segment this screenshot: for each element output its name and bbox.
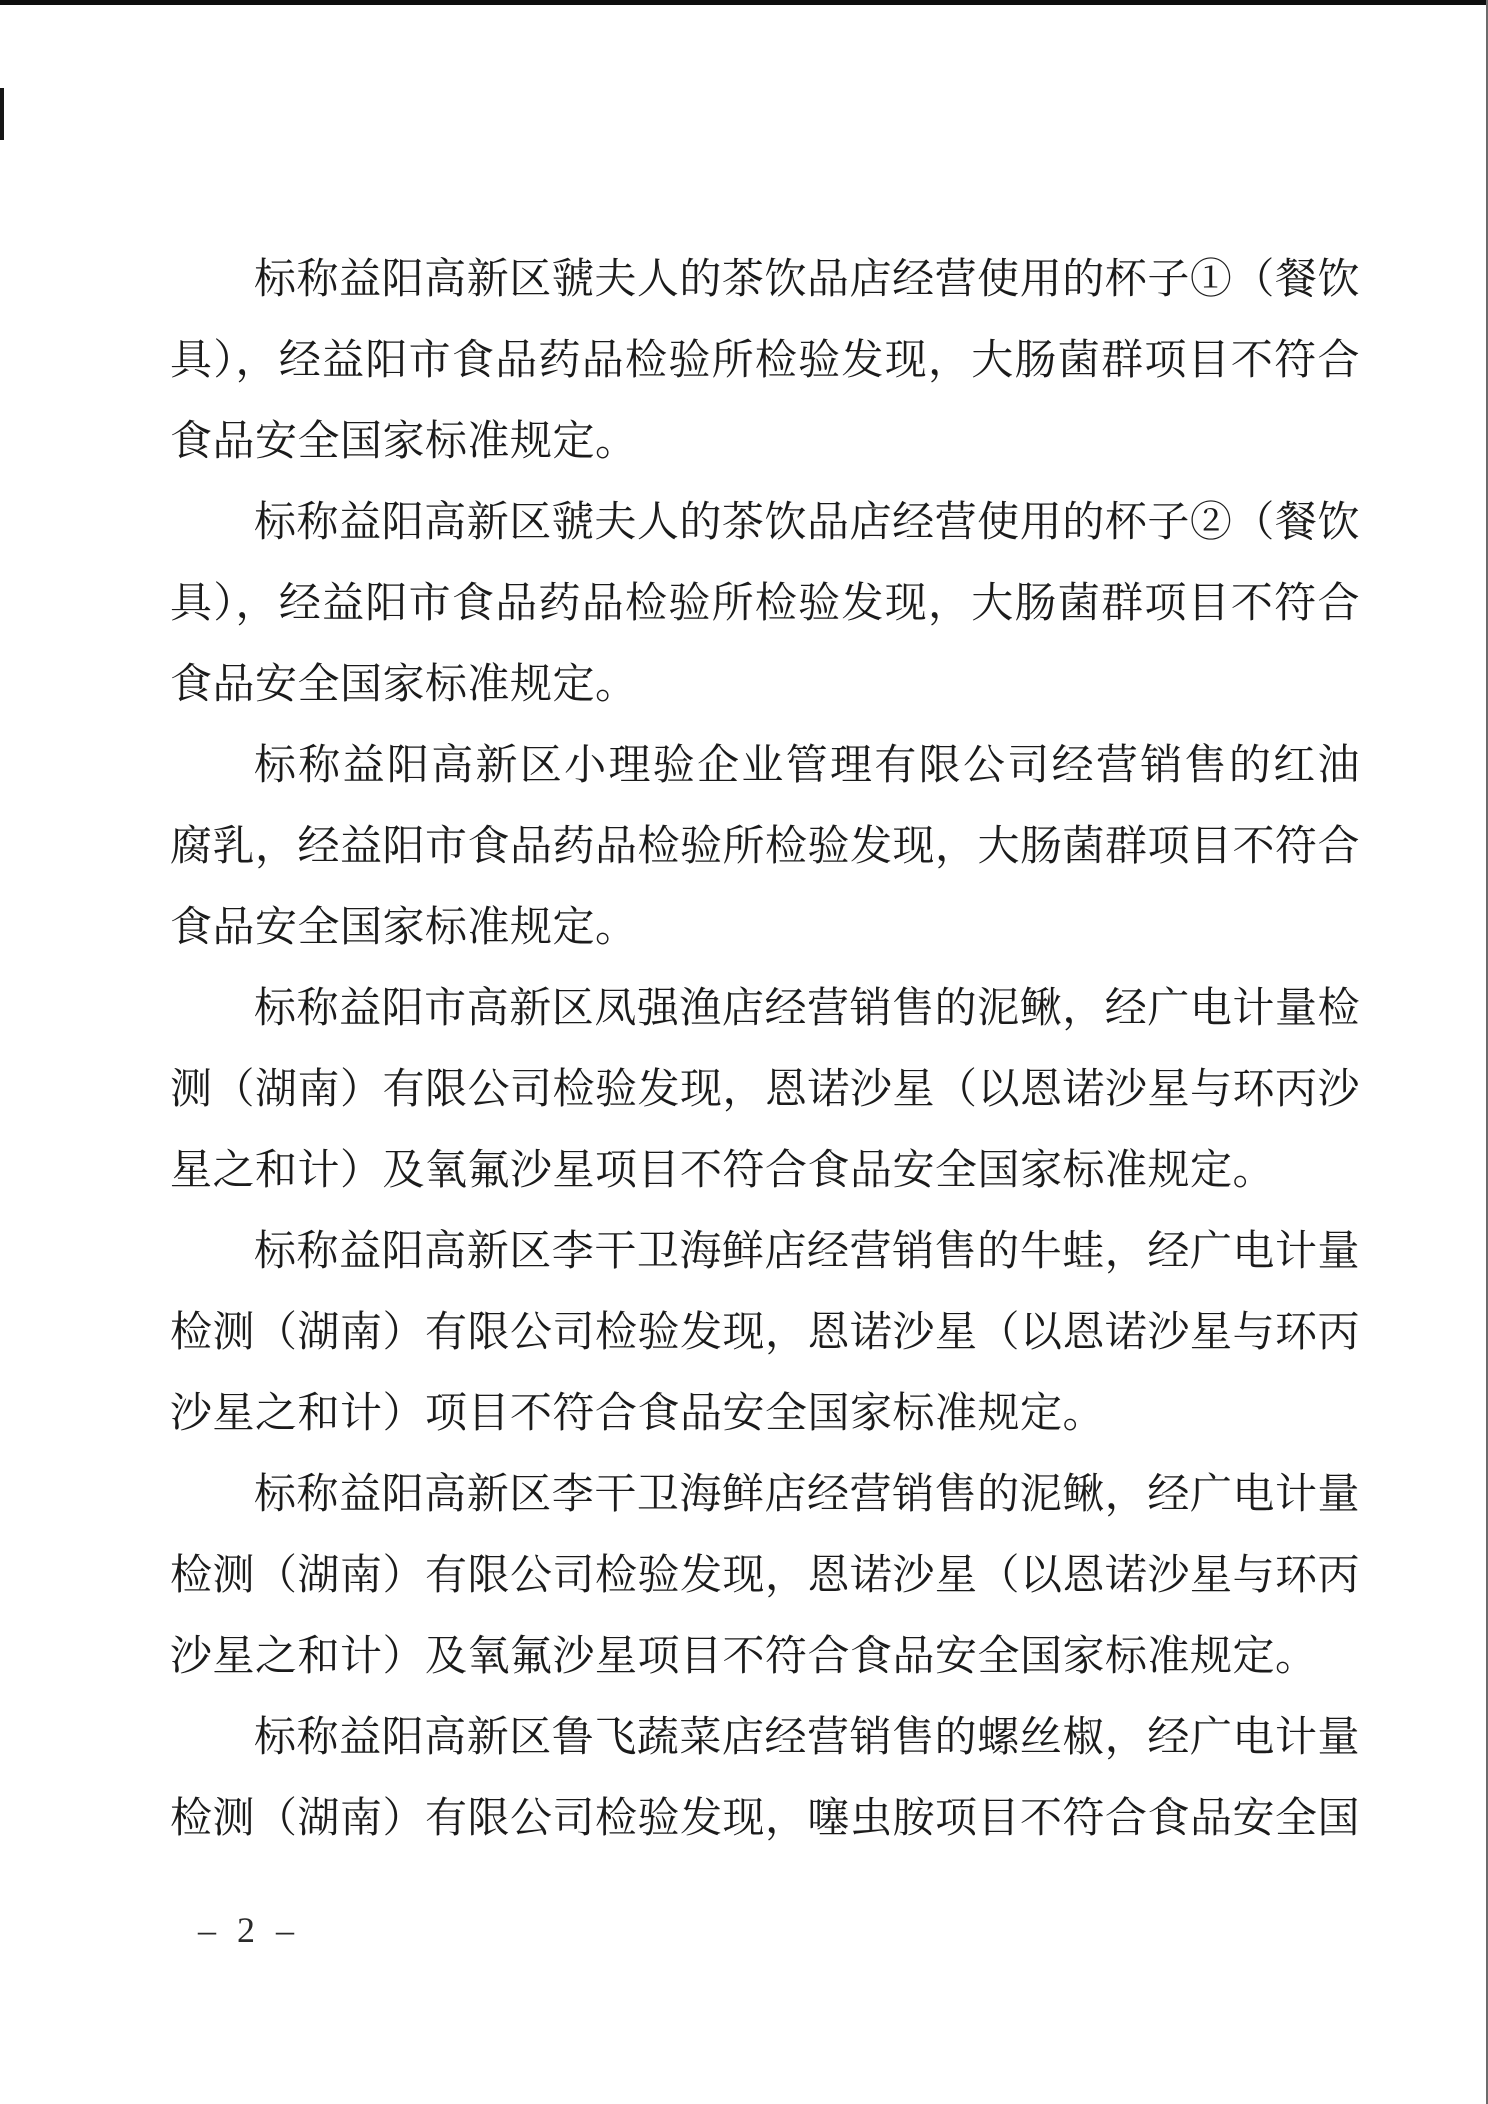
doc-line: 标称益阳高新区虢夫人的茶饮品店经营使用的杯子①（餐饮 — [170, 240, 1360, 321]
doc-line: 具），经益阳市食品药品检验所检验发现，大肠菌群项目不符合 — [170, 321, 1360, 402]
doc-line: 沙星之和计）及氧氟沙星项目不符合食品安全国家标准规定。 — [170, 1617, 1360, 1698]
document-page: 标称益阳高新区虢夫人的茶饮品店经营使用的杯子①（餐饮 具），经益阳市食品药品检验… — [0, 0, 1488, 2104]
doc-line: 腐乳，经益阳市食品药品检验所检验发现，大肠菌群项目不符合 — [170, 807, 1360, 888]
doc-line: 食品安全国家标准规定。 — [170, 888, 1360, 969]
doc-line: 检测（湖南）有限公司检验发现，恩诺沙星（以恩诺沙星与环丙 — [170, 1536, 1360, 1617]
doc-line: 沙星之和计）项目不符合食品安全国家标准规定。 — [170, 1374, 1360, 1455]
doc-line: 标称益阳市高新区凤强渔店经营销售的泥鳅，经广电计量检 — [170, 969, 1360, 1050]
doc-line: 星之和计）及氧氟沙星项目不符合食品安全国家标准规定。 — [170, 1131, 1360, 1212]
doc-line: 标称益阳高新区鲁飞蔬菜店经营销售的螺丝椒，经广电计量 — [170, 1698, 1360, 1779]
doc-line: 具），经益阳市食品药品检验所检验发现，大肠菌群项目不符合 — [170, 564, 1360, 645]
page-number: – 2 – — [198, 1908, 300, 1952]
doc-line: 食品安全国家标准规定。 — [170, 402, 1360, 483]
doc-line: 标称益阳高新区虢夫人的茶饮品店经营使用的杯子②（餐饮 — [170, 483, 1360, 564]
doc-line: 检测（湖南）有限公司检验发现，恩诺沙星（以恩诺沙星与环丙 — [170, 1293, 1360, 1374]
doc-line: 标称益阳高新区李干卫海鲜店经营销售的牛蛙，经广电计量 — [170, 1212, 1360, 1293]
doc-line: 标称益阳高新区小理验企业管理有限公司经营销售的红油 — [170, 726, 1360, 807]
scan-edge-left-tick — [0, 88, 4, 140]
document-body: 标称益阳高新区虢夫人的茶饮品店经营使用的杯子①（餐饮 具），经益阳市食品药品检验… — [170, 240, 1360, 1860]
doc-line: 食品安全国家标准规定。 — [170, 645, 1360, 726]
scan-edge-top — [0, 0, 1488, 5]
doc-line: 检测（湖南）有限公司检验发现，噻虫胺项目不符合食品安全国 — [170, 1779, 1360, 1860]
doc-line: 测（湖南）有限公司检验发现，恩诺沙星（以恩诺沙星与环丙沙 — [170, 1050, 1360, 1131]
doc-line: 标称益阳高新区李干卫海鲜店经营销售的泥鳅，经广电计量 — [170, 1455, 1360, 1536]
